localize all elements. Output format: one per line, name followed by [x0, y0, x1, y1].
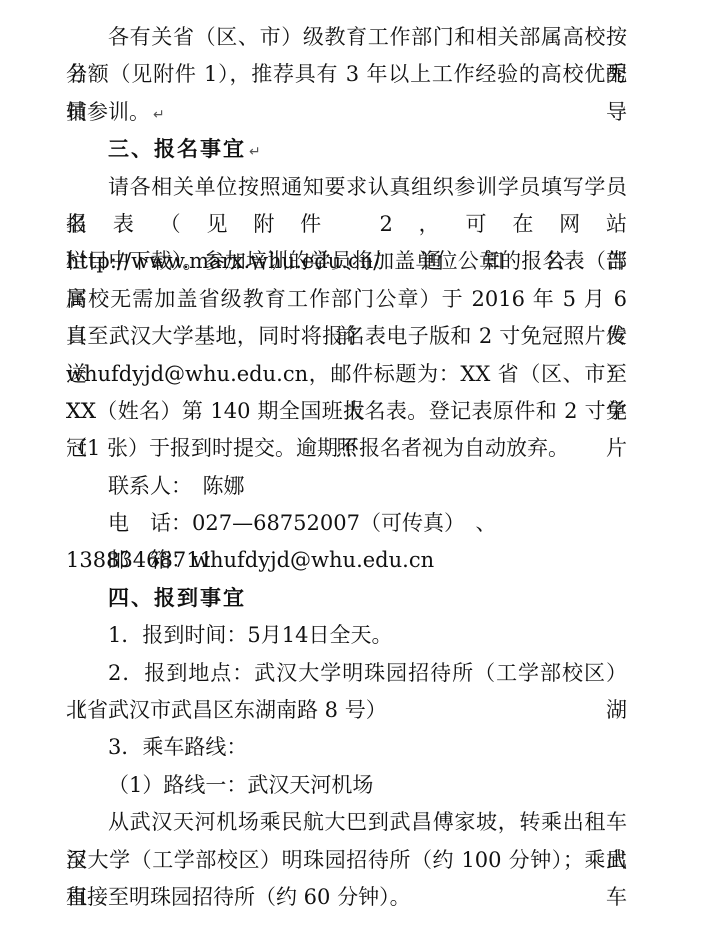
text-line: （1）路线一：武汉天河机场: [66, 767, 627, 804]
text-line: 真至武汉大学基地，同时将报名表电子版和 2 寸免冠照片发送至: [66, 318, 627, 355]
text-line: 栏目中下载）。参加培训的学员将加盖单位公章的报名表（部属: [66, 243, 627, 280]
text-line: 联系人： 陈娜: [66, 468, 627, 505]
paragraph-mark-icon: ↵: [153, 107, 165, 123]
document-body: 各有关省（区、市）级教育工作部门和相关部属高校按分配名额（见附件 1），推荐具有…: [0, 0, 703, 925]
text-line: 3．乘车路线：: [66, 729, 627, 766]
text-line: 名额（见附件 1），推荐具有 3 年以上工作经验的高校优秀辅导: [66, 56, 627, 93]
paragraph-mark-icon: ↵: [249, 144, 261, 160]
text-line: 请各相关单位按照通知要求认真组织参训学员填写学员报: [66, 169, 627, 206]
text-line: 1．报到时间：5月14日全天。: [66, 617, 627, 654]
text-line: 高校无需加盖省级教育工作部门公章）于 2016 年 5 月 6 日前传: [66, 281, 627, 318]
section-heading: 四、报到事宜: [66, 580, 627, 617]
text-line: XX（姓名）第 140 期全国班报名表。登记表原件和 2 寸免冠照片: [66, 393, 627, 430]
text-line: 从武汉天河机场乘民航大巴到武昌傅家坡，转乘出租车至武: [66, 804, 627, 841]
text-line: （1 张）于报到时提交。逾期不报名者视为自动放弃。: [66, 430, 627, 467]
section-heading: 三、报名事宜↵: [66, 131, 627, 168]
text-line: 电 话：027—68752007（可传真） 、13883468711: [66, 505, 627, 542]
text-line: 汉大学（工学部校区）明珠园招待所（约 100 分钟）；乘出租车: [66, 842, 627, 879]
text-line: 2．报到地点：武汉大学明珠园招待所（工学部校区）（湖: [66, 655, 627, 692]
text-line: whufdyjd@whu.edu.cn，邮件标题为：XX 省（区、市）XX 大学: [66, 356, 627, 393]
text-line: 名表（见附件 2，可在网站 http://www.marx.whu.edu.cn…: [66, 206, 627, 243]
text-line: 邮 箱：whufdyjd@whu.edu.cn: [66, 542, 627, 579]
document-page: 各有关省（区、市）级教育工作部门和相关部属高校按分配名额（见附件 1），推荐具有…: [0, 0, 703, 925]
text-line: 各有关省（区、市）级教育工作部门和相关部属高校按分配: [66, 19, 627, 56]
